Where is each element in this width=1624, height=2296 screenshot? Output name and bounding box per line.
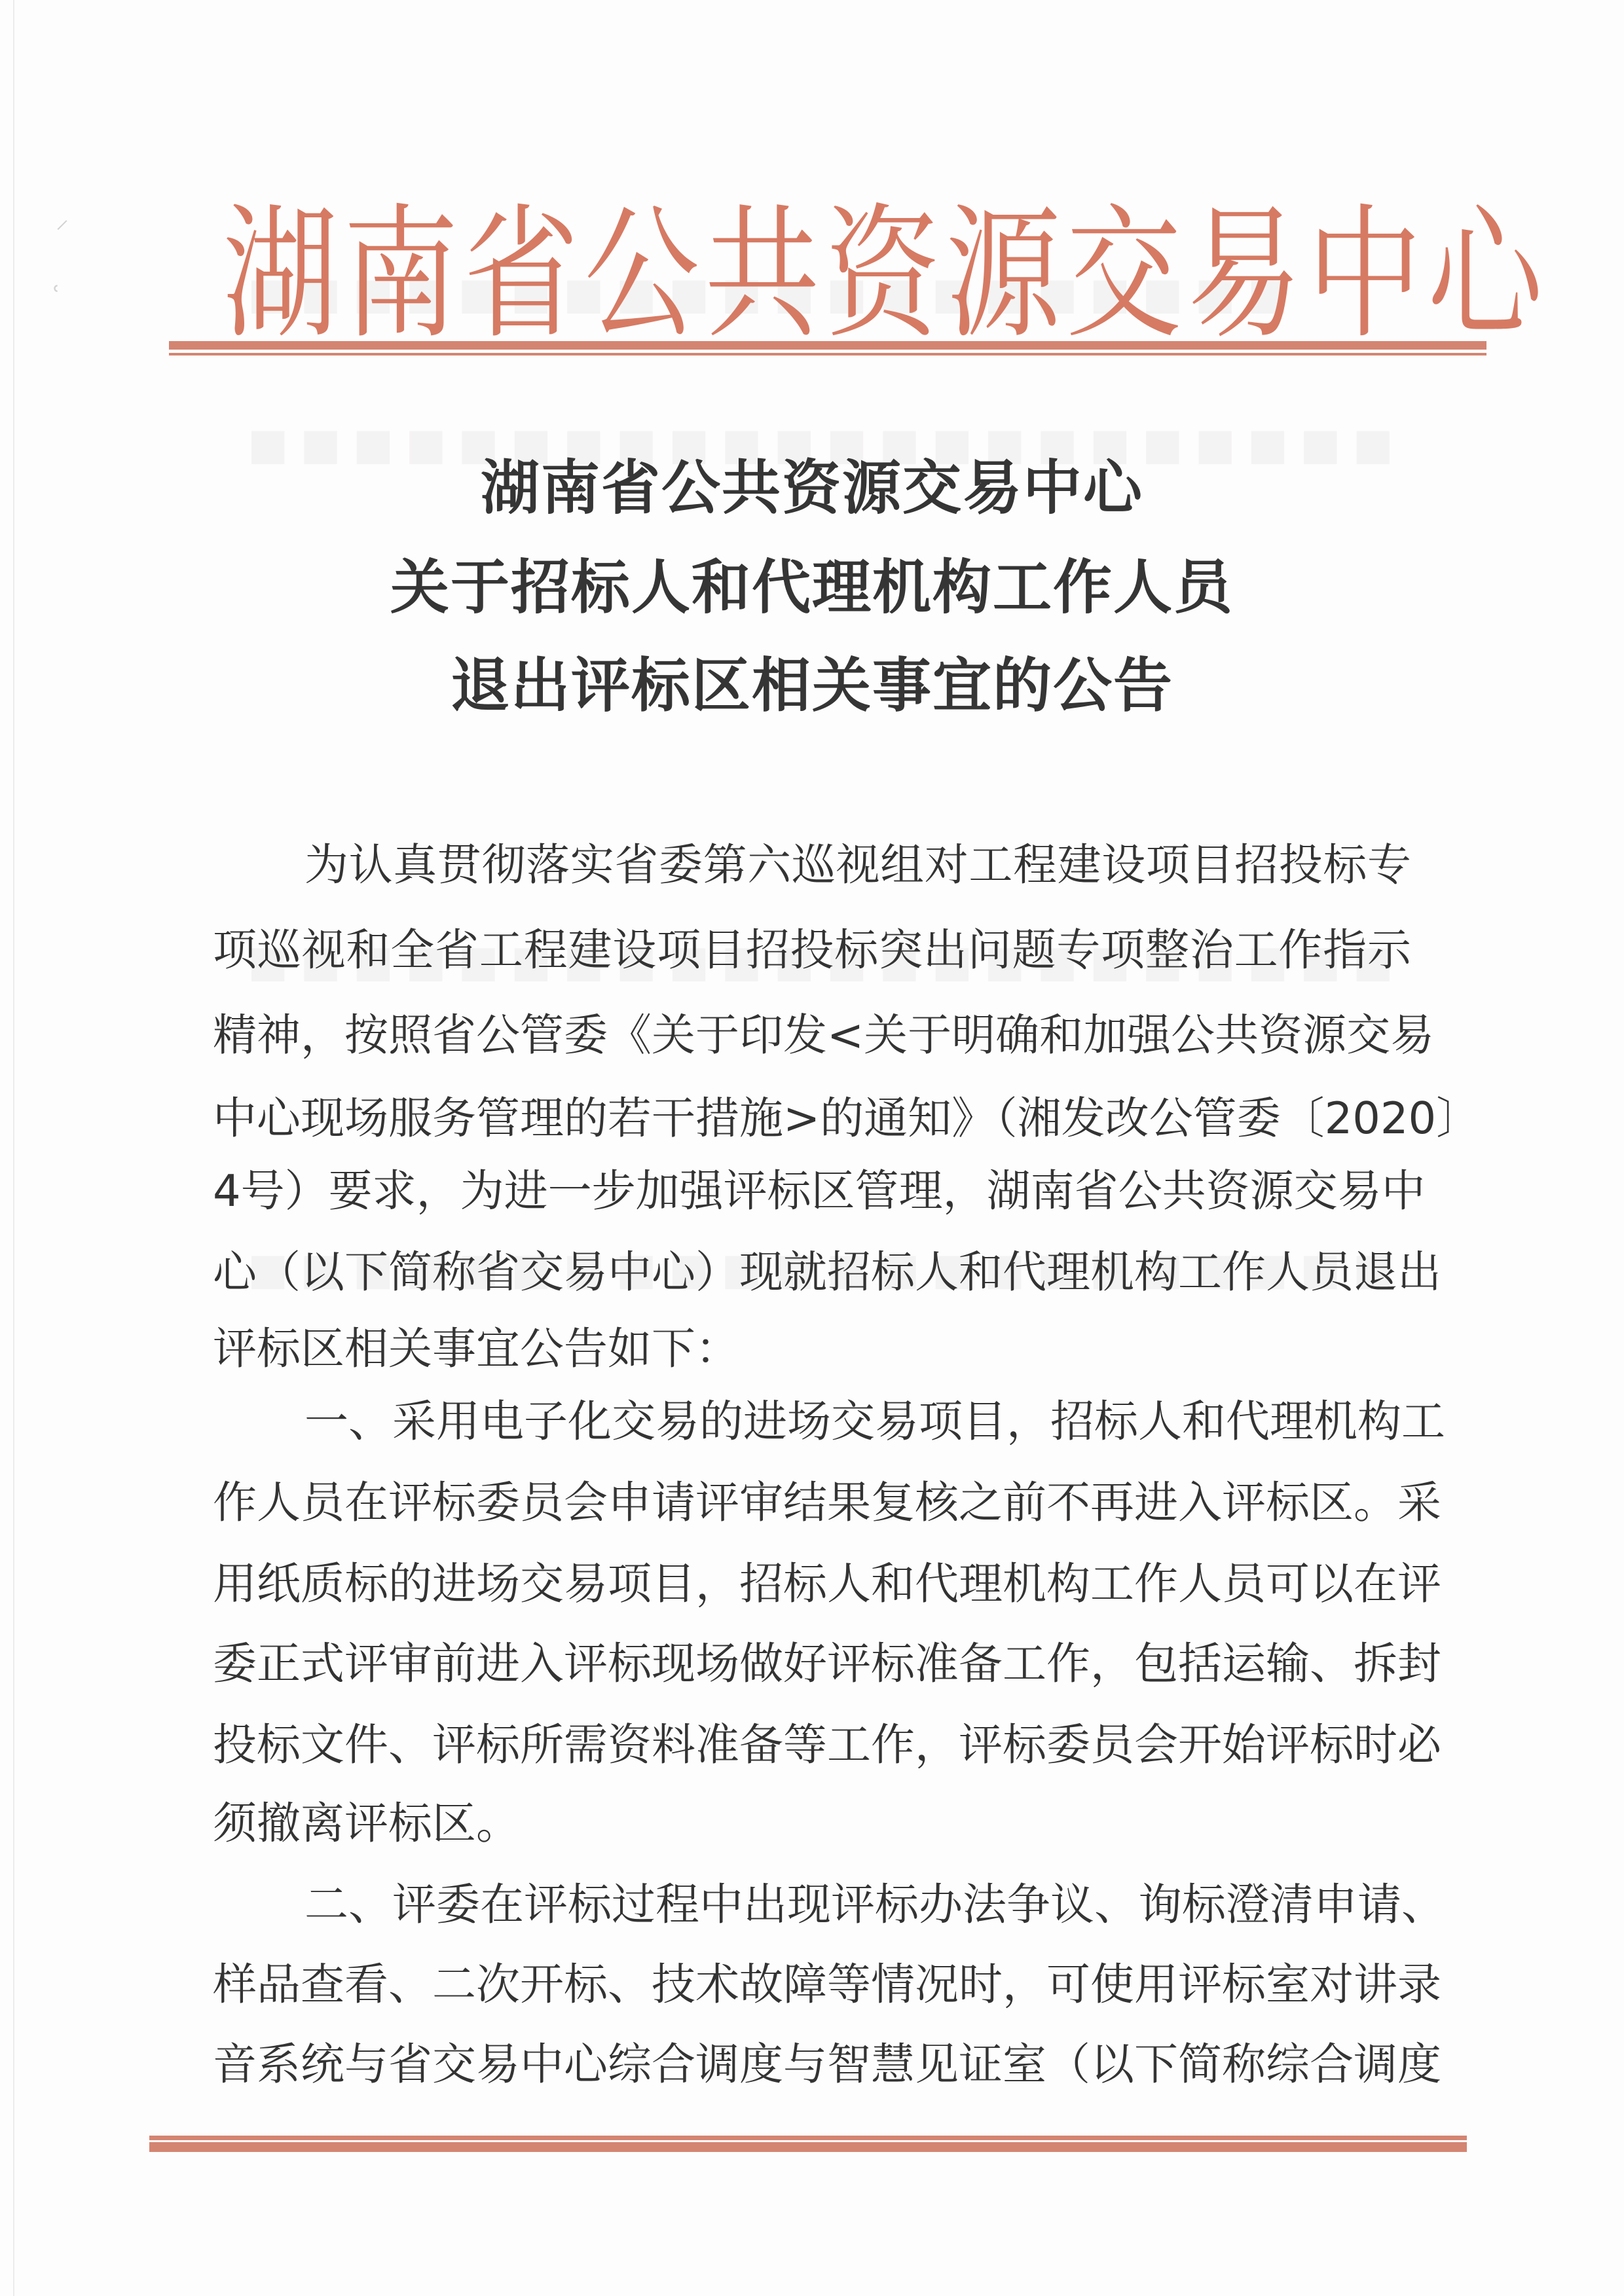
scan-speck: ʿ	[52, 282, 60, 312]
headline-line-2: 关于招标人和代理机构工作人员	[196, 558, 1428, 617]
section-2-line: 样品查看、二次开标、技术故障等情况时，可使用评标室对讲录	[213, 1963, 1411, 2007]
section-1-line: 一、采用电子化交易的进场交易项目，招标人和代理机构工	[213, 1400, 1411, 1444]
body-line: 心（以下简称省交易中心）现就招标人和代理机构工作人员退出	[213, 1250, 1411, 1294]
masthead-rule-thick	[169, 341, 1486, 350]
body-line: 为认真贯彻落实省委第六巡视组对工程建设项目招投标专	[213, 843, 1411, 887]
body-line: 评标区相关事宜公告如下：	[213, 1327, 1411, 1371]
body-line: 4号）要求，为进一步加强评标区管理，湖南省公共资源交易中	[213, 1169, 1411, 1213]
section-1-line: 用纸质标的进场交易项目，招标人和代理机构工作人员可以在评	[213, 1562, 1411, 1606]
footer-rule-thick	[149, 2142, 1467, 2152]
headline-line-1: 湖南省公共资源交易中心	[196, 458, 1428, 517]
scan-speck: ⸝	[56, 200, 69, 236]
body-line: 精神，按照省公管委《关于印发<关于明确和加强公共资源交易	[213, 1013, 1411, 1057]
body-line: 中心现场服务管理的若干措施>的通知》（湘发改公管委〔2020〕	[213, 1097, 1411, 1140]
headline-line-3: 退出评标区相关事宜的公告	[196, 656, 1428, 715]
section-1-line: 投标文件、评标所需资料准备等工作，评标委员会开始评标时必	[213, 1723, 1411, 1767]
scan-edge	[13, 0, 14, 2296]
section-1-line: 须撤离评标区。	[213, 1802, 1411, 1846]
masthead-issuer: 湖南省公共资源交易中心	[223, 203, 1349, 347]
section-1-line: 作人员在评标委员会申请评审结果复核之前不再进入评标区。采	[213, 1481, 1411, 1525]
document-page: ⸝ ʿ ■■■■■■■■■■■■■■■■■■■■ ■■■■■■■■■■■■■■■…	[0, 0, 1624, 2296]
section-2-line: 音系统与省交易中心综合调度与智慧见证室（以下简称综合调度	[213, 2043, 1411, 2086]
masthead-rule-thin	[169, 353, 1486, 355]
masthead: 湖南省公共资源交易中心	[223, 203, 1349, 347]
section-2-line: 二、评委在评标过程中出现评标办法争议、询标澄清申请、	[213, 1883, 1411, 1927]
section-1-line: 委正式评审前进入评标现场做好评标准备工作，包括运输、拆封	[213, 1642, 1411, 1686]
footer-rule-thin	[149, 2136, 1467, 2140]
body-line: 项巡视和全省工程建设项目招投标突出问题专项整治工作指示	[213, 928, 1411, 972]
